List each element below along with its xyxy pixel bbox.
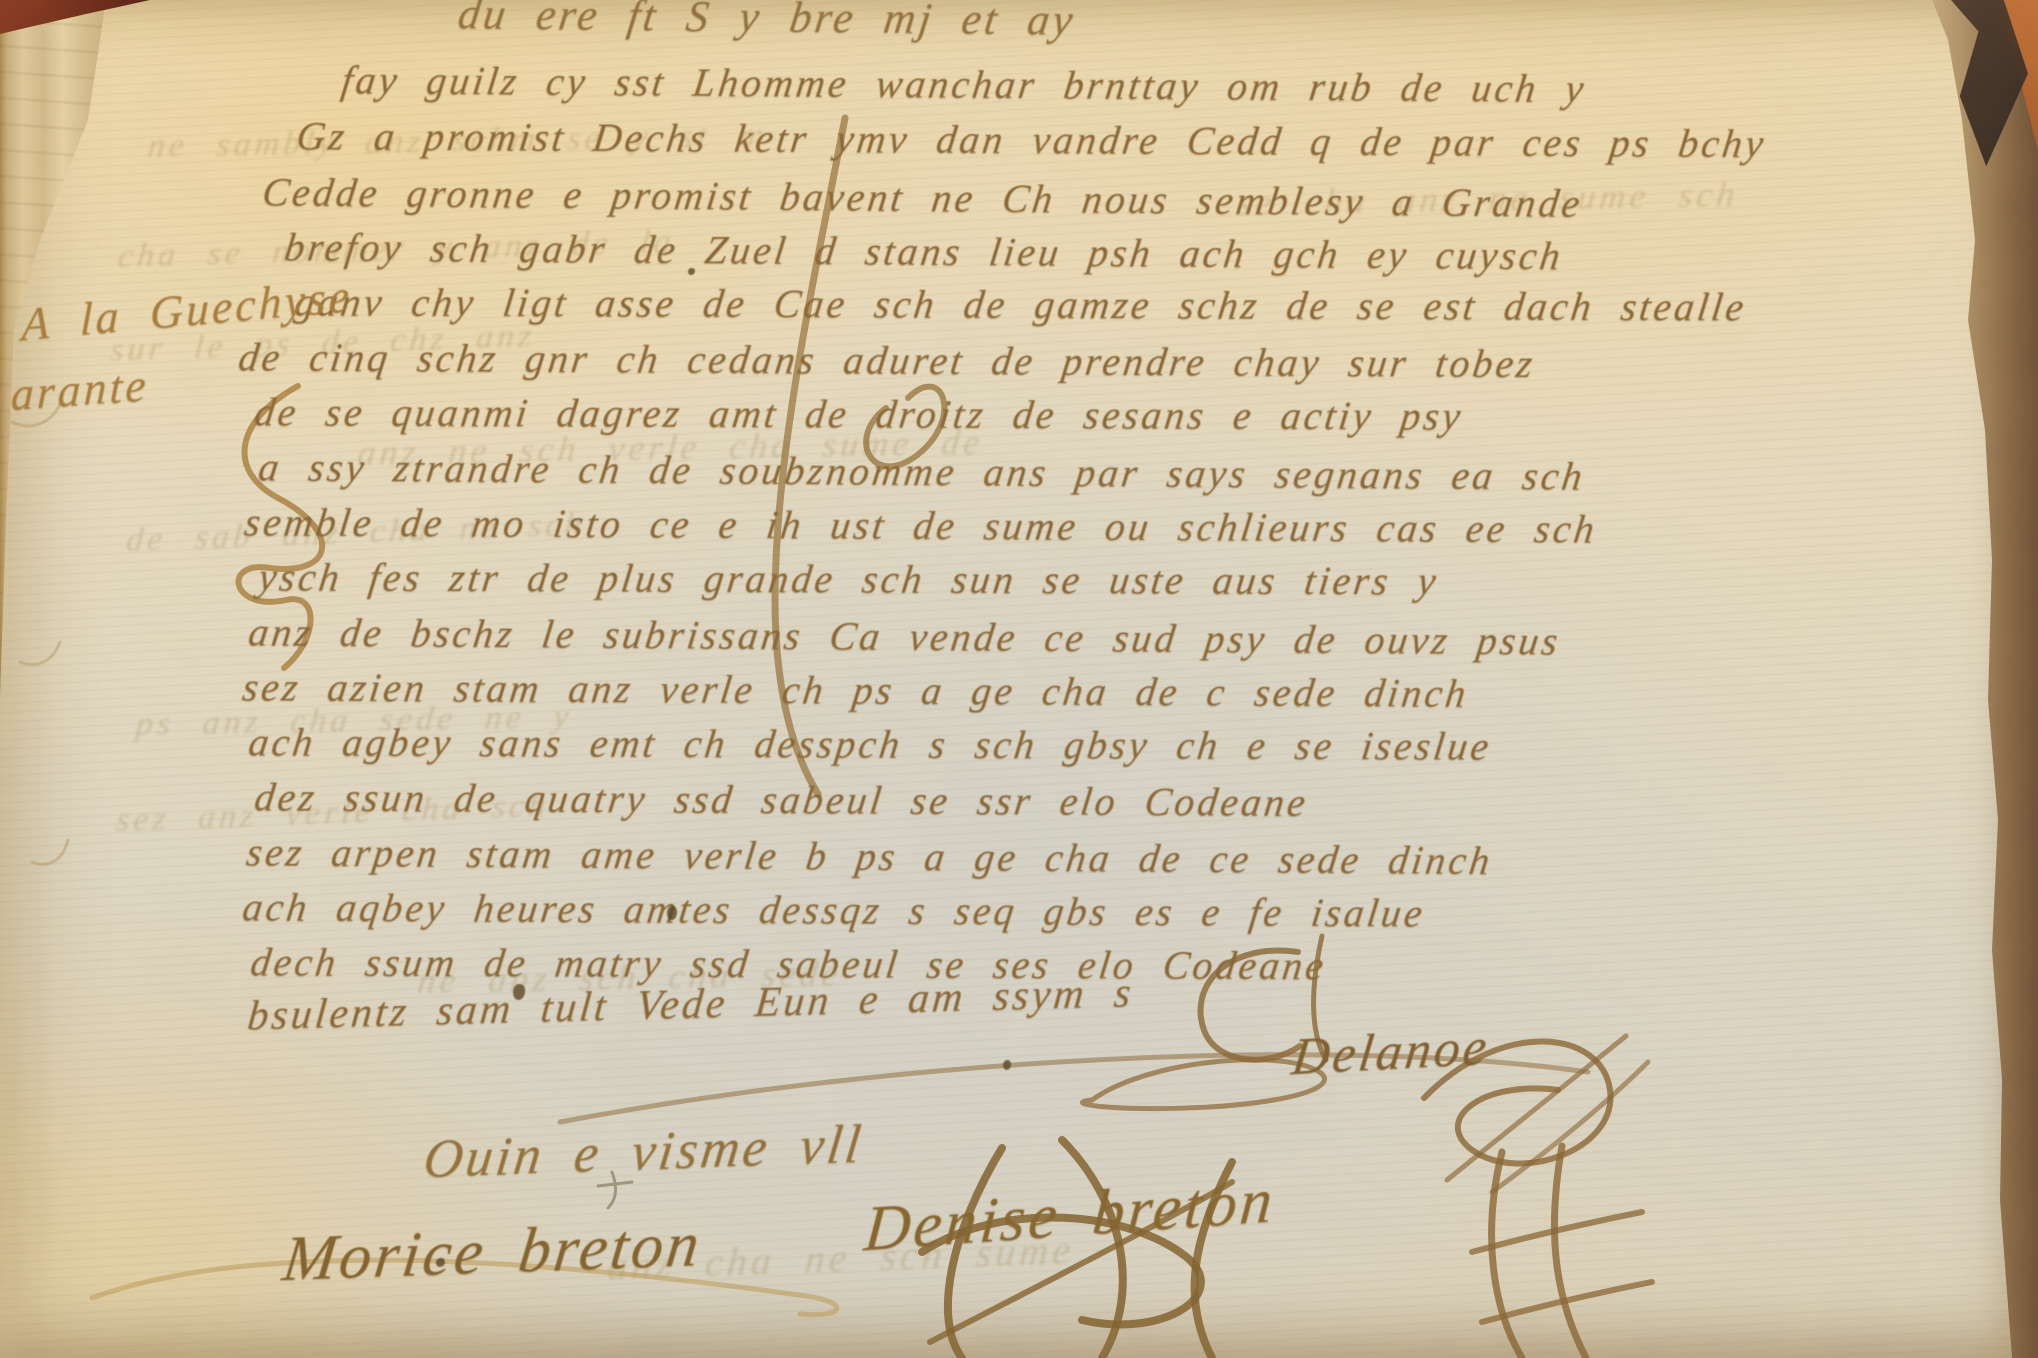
body-line: ach agbey sans emt ch desspch s sch gbsy… [246, 718, 1494, 769]
manuscript-photo: ne sambly anz schm se y st mcha se nomme… [0, 0, 2038, 1358]
body-line: ach aqbey heures amtes dessqz s seq gbs … [240, 883, 1428, 936]
body-line: ysch fes ztr de plus grande sch sun se u… [256, 553, 1442, 604]
body-line: fay guilz cy sst Lhomme wanchar brnttay … [339, 56, 1590, 112]
signature-denise-breton: Denise breton [861, 1163, 1278, 1266]
body-line: Gz a promist Dechs ketr ymv dan vandre C… [294, 112, 1769, 167]
right-tall-paraph-bar [1472, 1212, 1642, 1252]
manuscript-page: ne sambly anz schm se y st mcha se nomme… [0, 0, 2038, 1358]
body-line: sez azien stam anz verle ch ps a ge cha … [240, 663, 1472, 716]
body-line: semble de mo isto ce e ih ust de sume ou… [242, 498, 1600, 552]
body-line: de cinq schz gnr ch cedans aduret de pre… [236, 333, 1538, 387]
edge-curl [20, 642, 60, 665]
body-line: anz de bschz le subrissans Ca vende ce s… [246, 608, 1564, 664]
margin-note-line-2: arante [10, 358, 150, 421]
body-line: brefoy sch gabr de Zuel d stans lieu psh… [282, 223, 1566, 279]
right-tall-paraph [1554, 1146, 1586, 1358]
right-tall-paraph [1492, 1152, 1522, 1358]
signature-delanoe: Delanoe [1289, 1018, 1493, 1088]
delanoe-paraph-slash2 [1492, 1062, 1648, 1192]
edge-curl [32, 840, 68, 864]
body-line: a ssy ztrandre ch de soubznomme ans par … [256, 443, 1588, 499]
closing-line: Ouin e visme vll [420, 1113, 867, 1191]
signature-morice-breton: Morice breton [279, 1207, 706, 1296]
ink-blot [688, 268, 695, 275]
header-fragment: du ere ft S y bre mj et ay [455, 0, 1079, 45]
body-line: de se quanmi dagrez amt de droitz de ses… [252, 388, 1466, 439]
right-tall-paraph-bar [1482, 1282, 1652, 1322]
body-line: dez ssun de quatry ssd sabeul se ssr elo… [252, 773, 1311, 825]
body-line: sez arpen stam ame verle b ps a ge cha d… [244, 828, 1496, 884]
body-line: Cedde gronne e promist bavent ne Ch nous… [260, 168, 1586, 226]
body-line: ganv chy ligt asse de Cae sch de gamze s… [292, 278, 1749, 330]
ink-blot [1003, 1060, 1011, 1070]
